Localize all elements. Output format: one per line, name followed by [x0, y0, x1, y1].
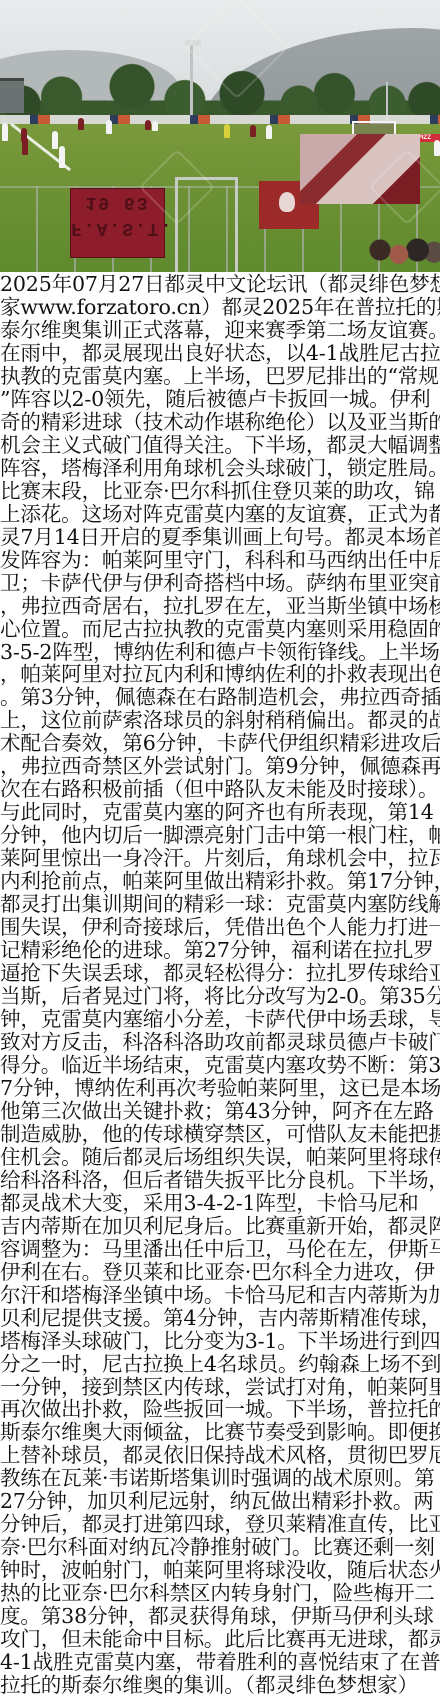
article-line: 泰尔维奥集训正式落幕，迎来赛季第二场友谊赛。 — [0, 319, 440, 342]
article-line: 心位置。而尼古拉执教的克雷莫内塞则采用稳固的 — [0, 618, 440, 641]
player-white — [59, 146, 65, 168]
article-line: 一分钟，接到禁区内传球，尝试打对角，帕莱阿里 — [0, 1376, 440, 1399]
article-line: ，弗拉西奇居右，拉扎罗在左，亚当斯坐镇中场核 — [0, 595, 440, 618]
article-line: 2025年07月27日都灵中文论坛讯（都灵绯色梦想 — [0, 273, 440, 296]
article-line: 3-5-2阵型，博纳佐利和德卢卡领衔锋线。上半场 — [0, 641, 440, 664]
article-line: 致对方反击，科洛科洛助攻前都灵球员德卢卡破门 — [0, 1031, 440, 1054]
article-line: 在雨中，都灵展现出良好状态，以4-1战胜尼古拉 — [0, 342, 440, 365]
article-line: 机会主义式破门值得关注。下半场，都灵大幅调整 — [0, 434, 440, 457]
stand-building — [0, 78, 24, 113]
article-line: 执教的克雷莫内塞。上半场，巴罗尼排出的“常规 — [0, 365, 440, 388]
skull-icon — [279, 192, 295, 212]
article-line: 家www.forzatoro.cn）都灵2025年在普拉托的斯 — [0, 296, 440, 319]
article-line: 卫；卡萨代伊与伊利奇搭档中场。萨纳布里亚突前 — [0, 572, 440, 595]
article-line: 逼抢下失误丢球，都灵轻松得分：拉扎罗传球给亚 — [0, 962, 440, 985]
article-line: 阵容，塔梅泽利用角球机会头球破门，锁定胜局。 — [0, 457, 440, 480]
article-line: 比赛末段，比亚奈·巴尔科抓住登贝莱的助攻，锦 — [0, 480, 440, 503]
article-line: 4-1战胜克雷莫内塞，带着胜利的喜悦结束了在普 — [0, 1651, 440, 1674]
article-line: 上替补球员，都灵依旧保持战术风格，贯彻巴罗尼 — [0, 1444, 440, 1467]
player-red — [78, 118, 84, 130]
article-line: 都灵战术大变，采用3-4-2-1阵型，卡恰马尼和 — [0, 1192, 440, 1215]
article-line: 上添花。这场对阵克雷莫内塞的友谊赛，正式为都 — [0, 503, 440, 526]
article-line: 灵7月14日开启的夏季集训画上句号。都灵本场首 — [0, 526, 440, 549]
article-line: 分之一时，尼古拉换上4名球员。约翰森上场不到 — [0, 1353, 440, 1376]
article-line: 钟时，波帕射门，帕莱阿里将球没收，随后状态火 — [0, 1559, 440, 1582]
article-line: ”阵容以2-0领先，随后被德卢卡扳回一城。伊利 — [0, 388, 440, 411]
player-white — [52, 131, 58, 149]
article-line: 度。第38分钟，都灵获得角球，伊斯马伊利头球 — [0, 1605, 440, 1628]
article-line: 攻门，但未能命中目标。此后比赛再无进球，都灵 — [0, 1628, 440, 1651]
article-line: 莱阿里惊出一身冷汗。片刻后，角球机会中，拉瓦 — [0, 847, 440, 870]
article-line: 奈·巴尔科面对纳瓦冷静推射破门。比赛还剩一刻 — [0, 1536, 440, 1559]
article-line: 术配合奏效，第6分钟，卡萨代伊组织精彩进攻后 — [0, 732, 440, 755]
player-white — [152, 121, 158, 131]
article-line: 上，这位前萨索洛球员的斜射稍稍偏出。都灵的战 — [0, 709, 440, 732]
article-line: 塔梅泽头球破门，比分变为3-1。下半场进行到四 — [0, 1330, 440, 1353]
article-body: 2025年07月27日都灵中文论坛讯（都灵绯色梦想家www.forzatoro.… — [0, 273, 440, 1697]
article-line: 记精彩绝伦的进球。第27分钟，福利诺在拉扎罗 — [0, 939, 440, 962]
article-line: 与此同时，克雷莫内塞的阿齐也有所表现，第14 — [0, 801, 440, 824]
article-line: 住机会。随后都灵后场组织失误，帕莱阿里将球传 — [0, 1146, 440, 1169]
player-white — [434, 140, 440, 156]
article-line: 伊利在右。登贝莱和比亚奈·巴尔科全力进攻，伊 — [0, 1261, 440, 1284]
article-line: 教练在瓦莱·韦诺斯塔集训时强调的战术原则。第 — [0, 1467, 440, 1490]
player-white — [266, 125, 272, 139]
article-line: 尔汗和塔梅泽坐镇中场。卡恰马尼和吉内蒂斯为加 — [0, 1284, 440, 1307]
article-line: 热的比亚奈·巴尔科禁区内转身射门，险些梅开二 — [0, 1582, 440, 1605]
article-line: 制造威胁，他的传球横穿禁区，可惜队友未能把握 — [0, 1123, 440, 1146]
article-line: 奇的精彩进球（技术动作堪称绝伦）以及亚当斯的 — [0, 411, 440, 434]
player-red — [250, 125, 256, 137]
article-line: 。第3分钟，佩德森在右路制造机会，弗拉西奇插 — [0, 686, 440, 709]
article-line: 斯泰尔维奥大雨倾盆，比赛节奏受到影响。即便换 — [0, 1421, 440, 1444]
article-line: 贝利尼提供支援。第4分钟，吉内蒂斯精准传球， — [0, 1307, 440, 1330]
article-line: 27分钟，加贝利尼远射，纳瓦做出精彩扑救。两 — [0, 1490, 440, 1513]
article-line: 7分钟，博纳佐利再次考验帕莱阿里，这已是本场 — [0, 1077, 440, 1100]
article-line: 分钟，他内切后一脚漂亮射门击中第一根门柱，帕 — [0, 824, 440, 847]
player-red — [21, 128, 27, 142]
article-line: 发阵容为：帕莱阿里守门，科科和马西纳出任中后 — [0, 549, 440, 572]
article-line: 次在右路积极前插（但中路队友未能及时接球）。 — [0, 778, 440, 801]
player-red — [145, 120, 151, 130]
referee — [224, 124, 230, 138]
article-line: 分钟后，都灵打进第四球，登贝莱精准直传，比亚 — [0, 1513, 440, 1536]
article-line: 拉托的斯泰尔维奥的集训。（都灵绯色梦想家） — [0, 1674, 440, 1697]
player-white — [106, 120, 112, 134]
article-line: 给科洛科洛，但后者错失扳平比分良机。下半场， — [0, 1169, 440, 1192]
article-line: 内利抢前点，帕莱阿里做出精彩扑救。第17分钟， — [0, 870, 440, 893]
article-line: 再次做出扑救，险些扳回一城。下半场，普拉托的 — [0, 1398, 440, 1421]
article-line: 得分。临近半场结束，克雷莫内塞攻势不断：第3 — [0, 1054, 440, 1077]
article-line: 围失误，伊利奇接球后，凭借出色个人能力打进一 — [0, 916, 440, 939]
article-line: 当斯，后者晃过门将，将比分改写为2-0。第35分 — [0, 985, 440, 1008]
article-line: 他第三次做出关键扑救；第43分钟，阿齐在左路 — [0, 1100, 440, 1123]
spectators — [365, 228, 440, 272]
article-line: 钟，克雷莫内塞缩小分差，卡萨代伊中场丢球，导 — [0, 1008, 440, 1031]
article-line: ，帕莱阿里对拉瓦内利和博纳佐利的扑救表现出色 — [0, 663, 440, 686]
article-line: 吉内蒂斯在加贝利尼身后。比赛重新开始，都灵阵 — [0, 1215, 440, 1238]
match-photo: ITALPIZZ F.A.S.T. 19 63 — [0, 0, 440, 272]
article-line: 容调整为：马里潘出任中后卫，马伦在左，伊斯马 — [0, 1238, 440, 1261]
article-line: ，弗拉西奇禁区外尝试射门。第9分钟，佩德森再 — [0, 755, 440, 778]
player-white — [2, 123, 8, 141]
article-line: 都灵打出集训期间的精彩一球：克雷莫内塞防线解 — [0, 893, 440, 916]
